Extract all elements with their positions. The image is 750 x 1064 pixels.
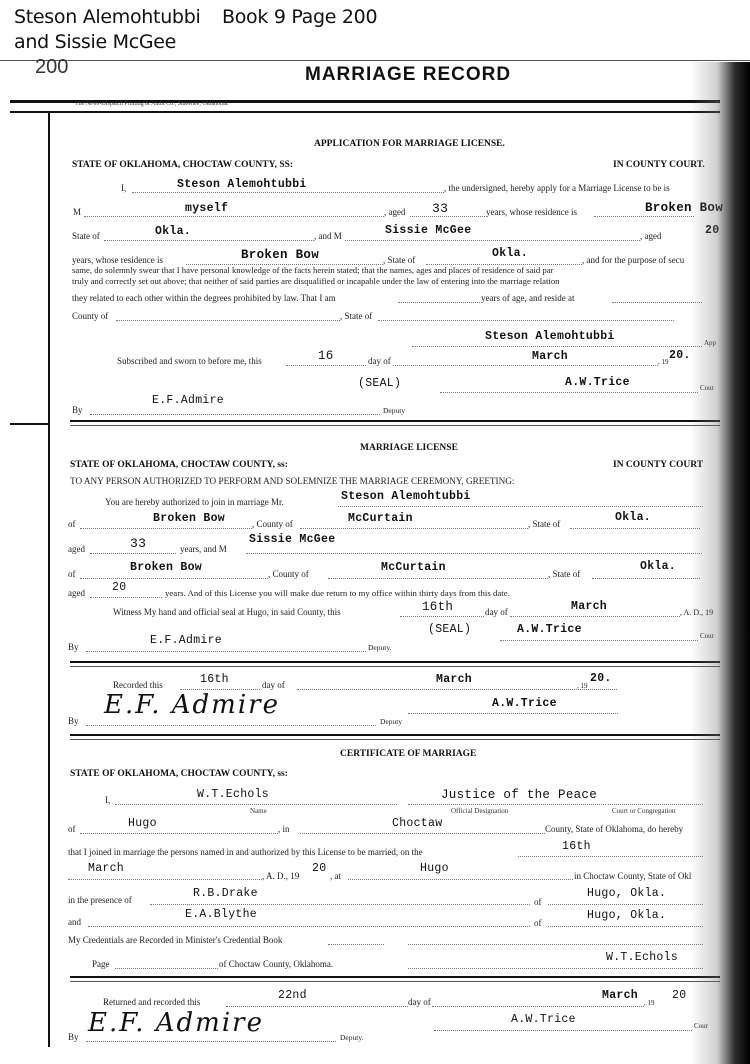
city-value: Hugo [128, 817, 157, 830]
recorded-deputy-label: Deputy [380, 717, 402, 726]
designation-value: Justice of the Peace [441, 788, 597, 802]
witness-month-field [510, 616, 680, 617]
groom-value: myself [185, 202, 228, 215]
returned-signature: E.F. Admire [88, 1008, 264, 1038]
label: Returned and recorded this [103, 997, 200, 1007]
bride-age-value-2: 20 [112, 581, 126, 594]
witness-month-value: March [571, 600, 607, 613]
reside-at-field [612, 302, 702, 303]
label: of Choctaw County, Oklahoma. [219, 959, 333, 969]
applicant-field [132, 192, 444, 193]
groom-age-value: 33 [432, 201, 448, 216]
court-field [608, 804, 703, 805]
label: Page [92, 959, 110, 969]
groom-state-field [104, 240, 314, 241]
label: I, [105, 795, 110, 805]
county-field [300, 833, 545, 834]
groom-city-value: Broken Bow [153, 512, 225, 525]
bride-county-field [328, 578, 548, 579]
label: in Choctaw County, State of Okl [574, 871, 691, 881]
divider-license-certificate [70, 734, 720, 736]
joined-month-value: March [88, 862, 124, 875]
left-margin-line [48, 112, 50, 1047]
county-value: Choctaw [392, 817, 442, 830]
name-label: Name [250, 807, 267, 815]
label: M [73, 207, 81, 217]
label: aged [68, 588, 85, 598]
witness1-res-value: Hugo, Okla. [587, 887, 666, 900]
returned-day-value: 22nd [278, 989, 307, 1002]
label: , and for the purpose of secu [582, 255, 684, 265]
sworn-day-field [286, 365, 366, 366]
label: State of [72, 231, 100, 241]
groom-county-value: McCurtain [348, 512, 413, 525]
recorded-month-field [297, 689, 617, 690]
groom-city-field [80, 528, 252, 529]
page-field [115, 968, 218, 969]
label: years, whose residence is [486, 207, 577, 217]
label: , aged [640, 231, 662, 241]
label: , 19 [577, 682, 588, 690]
label: , A. D., 19 [262, 871, 299, 881]
license-bride-value: Sissie McGee [249, 533, 335, 546]
label: , State of [548, 569, 580, 579]
license-bride-field [246, 553, 702, 554]
label: County, State of Oklahoma, do hereby [545, 824, 683, 834]
witness1-value: R.B.Drake [193, 887, 258, 900]
designation-label: Official Designation [451, 807, 508, 815]
label: , at [330, 871, 341, 881]
joined-day-value: 16th [562, 840, 591, 853]
label: Recorded this [113, 680, 163, 690]
officiant-value: W.T.Echols [197, 788, 269, 801]
bride-residence-value: Broken Bow [241, 248, 319, 262]
groom-state-value: Okla. [155, 225, 191, 238]
label: of [534, 918, 542, 928]
label: of [68, 569, 76, 579]
label: years, whose residence is [72, 255, 163, 265]
license-deputy-value: E.F.Admire [150, 634, 222, 647]
oath-line-1: same, do solemnly swear that I have pers… [72, 265, 554, 275]
label: By [72, 405, 83, 415]
bride-city-value: Broken Bow [130, 561, 202, 574]
label: , State of [383, 255, 415, 265]
witness1-res-field [548, 904, 703, 905]
sworn-day-value: 16 [318, 349, 334, 363]
applicant-signature: Steson Alemohtubbi [485, 330, 615, 343]
label: of [68, 824, 76, 834]
recorded-day-value: 16th [200, 673, 229, 686]
returned-year-value: 20 [672, 989, 686, 1002]
oath-line-2: truly and correctly set out above; that … [72, 276, 560, 286]
printer-line: The News-Dispatch Printing & Audit Co., … [75, 101, 229, 107]
license-greeting: TO ANY PERSON AUTHORIZED TO PERFORM AND … [70, 476, 514, 486]
credentials-text: My Credentials are Recorded in Minister'… [68, 935, 282, 945]
recorded-year-value: 20. [590, 672, 612, 685]
bride-value: Sissie McGee [385, 224, 471, 237]
groom-residence-field [594, 216, 694, 217]
label: of [68, 519, 76, 529]
groom-age-field [410, 216, 485, 217]
returned-clerk-value: A.W.Trice [511, 1013, 576, 1026]
caption-name: Steson Alemohtubbi [14, 6, 200, 28]
label: day of [368, 356, 391, 366]
witness-day-value: 16th [422, 600, 453, 614]
label: of [534, 897, 542, 907]
label: By [68, 716, 79, 726]
officiant-field [115, 804, 397, 805]
city-field [80, 833, 278, 834]
returned-month-value: March [602, 989, 638, 1002]
top-edge [0, 60, 750, 61]
bride-state-value-2: Okla. [640, 560, 676, 573]
label: , State of [528, 519, 560, 529]
witness2-res-value: Hugo, Okla. [587, 909, 666, 922]
witness1-field [150, 904, 530, 905]
divider-license-recorded [70, 661, 720, 663]
application-state-line: STATE OF OKLAHOMA, CHOCTAW COUNTY, SS: [72, 160, 293, 170]
divider-application-license-2 [70, 425, 720, 426]
top-rule-2 [10, 111, 720, 113]
label: day of [485, 607, 508, 617]
divider-license-recorded-2 [70, 666, 720, 667]
bride-age-field-2 [90, 597, 162, 598]
bride-state-value: Okla. [492, 247, 528, 260]
recorded-month-value: March [436, 673, 472, 686]
label: , the undersigned, hereby apply for a Ma… [444, 183, 670, 193]
binding-shadow [690, 62, 750, 1064]
label: years of age, and reside at [481, 293, 574, 303]
bride-county-value: McCurtain [381, 561, 446, 574]
page-title: MARRIAGE RECORD [305, 64, 511, 86]
joined-text: that I joined in marriage the persons na… [68, 847, 423, 857]
witness2-field [88, 926, 530, 927]
clerk-value: A.W.Trice [565, 376, 630, 389]
credentials-extra-field [408, 944, 703, 945]
recorded-signature: E.F. Admire [104, 690, 280, 720]
recorded-signature-field [86, 725, 376, 726]
license-clerk-field [500, 640, 698, 641]
sworn-year-value: 20. [669, 349, 691, 362]
label: , in [278, 824, 290, 834]
returned-month-field [432, 1006, 644, 1007]
label: and [68, 917, 81, 927]
groom-age-value-2: 33 [130, 536, 146, 551]
license-state-line: STATE OF OKLAHOMA, CHOCTAW COUNTY, ss: [70, 460, 288, 470]
label: By [68, 1032, 79, 1042]
bride-field [345, 240, 640, 241]
label: County of [72, 311, 108, 321]
label: , County of [268, 569, 309, 579]
state-of-field [378, 320, 674, 321]
label: , County of [252, 519, 293, 529]
label: , 19 [658, 358, 669, 366]
county-of-field [116, 320, 340, 321]
groom-age-field-2 [90, 553, 176, 554]
label: , State of [340, 311, 372, 321]
seal-label: (SEAL) [358, 377, 401, 390]
groom-state-value-2: Okla. [615, 511, 651, 524]
witness2-value: E.A.Blythe [185, 908, 257, 921]
groom-field [84, 216, 384, 217]
witness2-res-field [548, 926, 703, 927]
section-divider-left [10, 423, 50, 425]
divider-application-license [70, 420, 720, 422]
license-deputy-field [86, 651, 366, 652]
returned-signature-field [86, 1041, 336, 1042]
label: Witness My hand and official seal at Hug… [113, 607, 341, 617]
page-number-stamp: 200 [35, 56, 68, 79]
caption-bride: and Sissie McGee [14, 31, 176, 53]
applicant-age-field [398, 302, 480, 303]
returned-clerk-field [434, 1030, 692, 1031]
deputy-value: E.F.Admire [152, 394, 224, 407]
deputy-label: Deputy [383, 406, 405, 415]
license-groom-field [338, 506, 703, 507]
joined-day-field [518, 856, 703, 857]
label: , aged [384, 207, 406, 217]
recorded-clerk-field [408, 713, 618, 714]
bride-city-field [80, 578, 268, 579]
certificate-state-line: STATE OF OKLAHOMA, CHOCTAW COUNTY, ss: [70, 769, 288, 779]
license-deputy-label: Deputy. [368, 643, 391, 652]
license-return-text: years. And of this License you will make… [165, 588, 510, 598]
label: Subscribed and sworn to before me, this [117, 356, 262, 366]
label: in the presence of [68, 895, 132, 905]
officiant-signature: W.T.Echols [606, 951, 678, 964]
divider-certificate-returned [70, 976, 720, 978]
label: years, and M [180, 544, 227, 554]
license-seal-label: (SEAL) [428, 623, 471, 636]
license-groom-value: Steson Alemohtubbi [341, 490, 471, 503]
label: day of [262, 680, 285, 690]
application-heading: APPLICATION FOR MARRIAGE LICENSE. [314, 139, 505, 149]
oath-line-3: they related to each other within the de… [72, 293, 336, 303]
place-value: Hugo [420, 862, 449, 875]
divider-license-certificate-2 [70, 739, 720, 740]
label: day of [408, 997, 431, 1007]
groom-state-field-2 [570, 528, 700, 529]
witness-day-field [400, 616, 484, 617]
applicant-signature-line [412, 346, 702, 347]
clerk-field [440, 392, 698, 393]
officiant-signature-field [408, 968, 703, 969]
divider-certificate-returned-2 [70, 981, 720, 982]
label: , 19 [644, 999, 655, 1007]
joined-year-value: 20 [312, 862, 326, 875]
label: By [68, 642, 79, 652]
place-field [348, 879, 573, 880]
recorded-clerk-value: A.W.Trice [492, 697, 557, 710]
credentials-book-field [328, 944, 384, 945]
label: aged [68, 544, 85, 554]
joined-month-field [68, 879, 262, 880]
court-label: Court or Congregation [612, 807, 675, 815]
applicant-value: Steson Alemohtubbi [177, 178, 307, 191]
caption-book-page: Book 9 Page 200 [222, 6, 377, 28]
license-clerk-value: A.W.Trice [517, 623, 582, 636]
label: You are hereby authorized to join in mar… [105, 497, 284, 507]
groom-county-field [300, 528, 528, 529]
sworn-month-field [393, 365, 658, 366]
label: , and M [314, 231, 342, 241]
bride-state-field-2 [592, 578, 700, 579]
certificate-heading: CERTIFICATE OF MARRIAGE [340, 749, 476, 759]
deputy-field [90, 414, 380, 415]
license-heading: MARRIAGE LICENSE [360, 443, 458, 453]
label: I, [121, 183, 126, 193]
returned-day-field [226, 1006, 408, 1007]
returned-deputy-label: Deputy. [340, 1033, 363, 1042]
designation-field [408, 804, 606, 805]
sworn-month-value: March [532, 350, 568, 363]
